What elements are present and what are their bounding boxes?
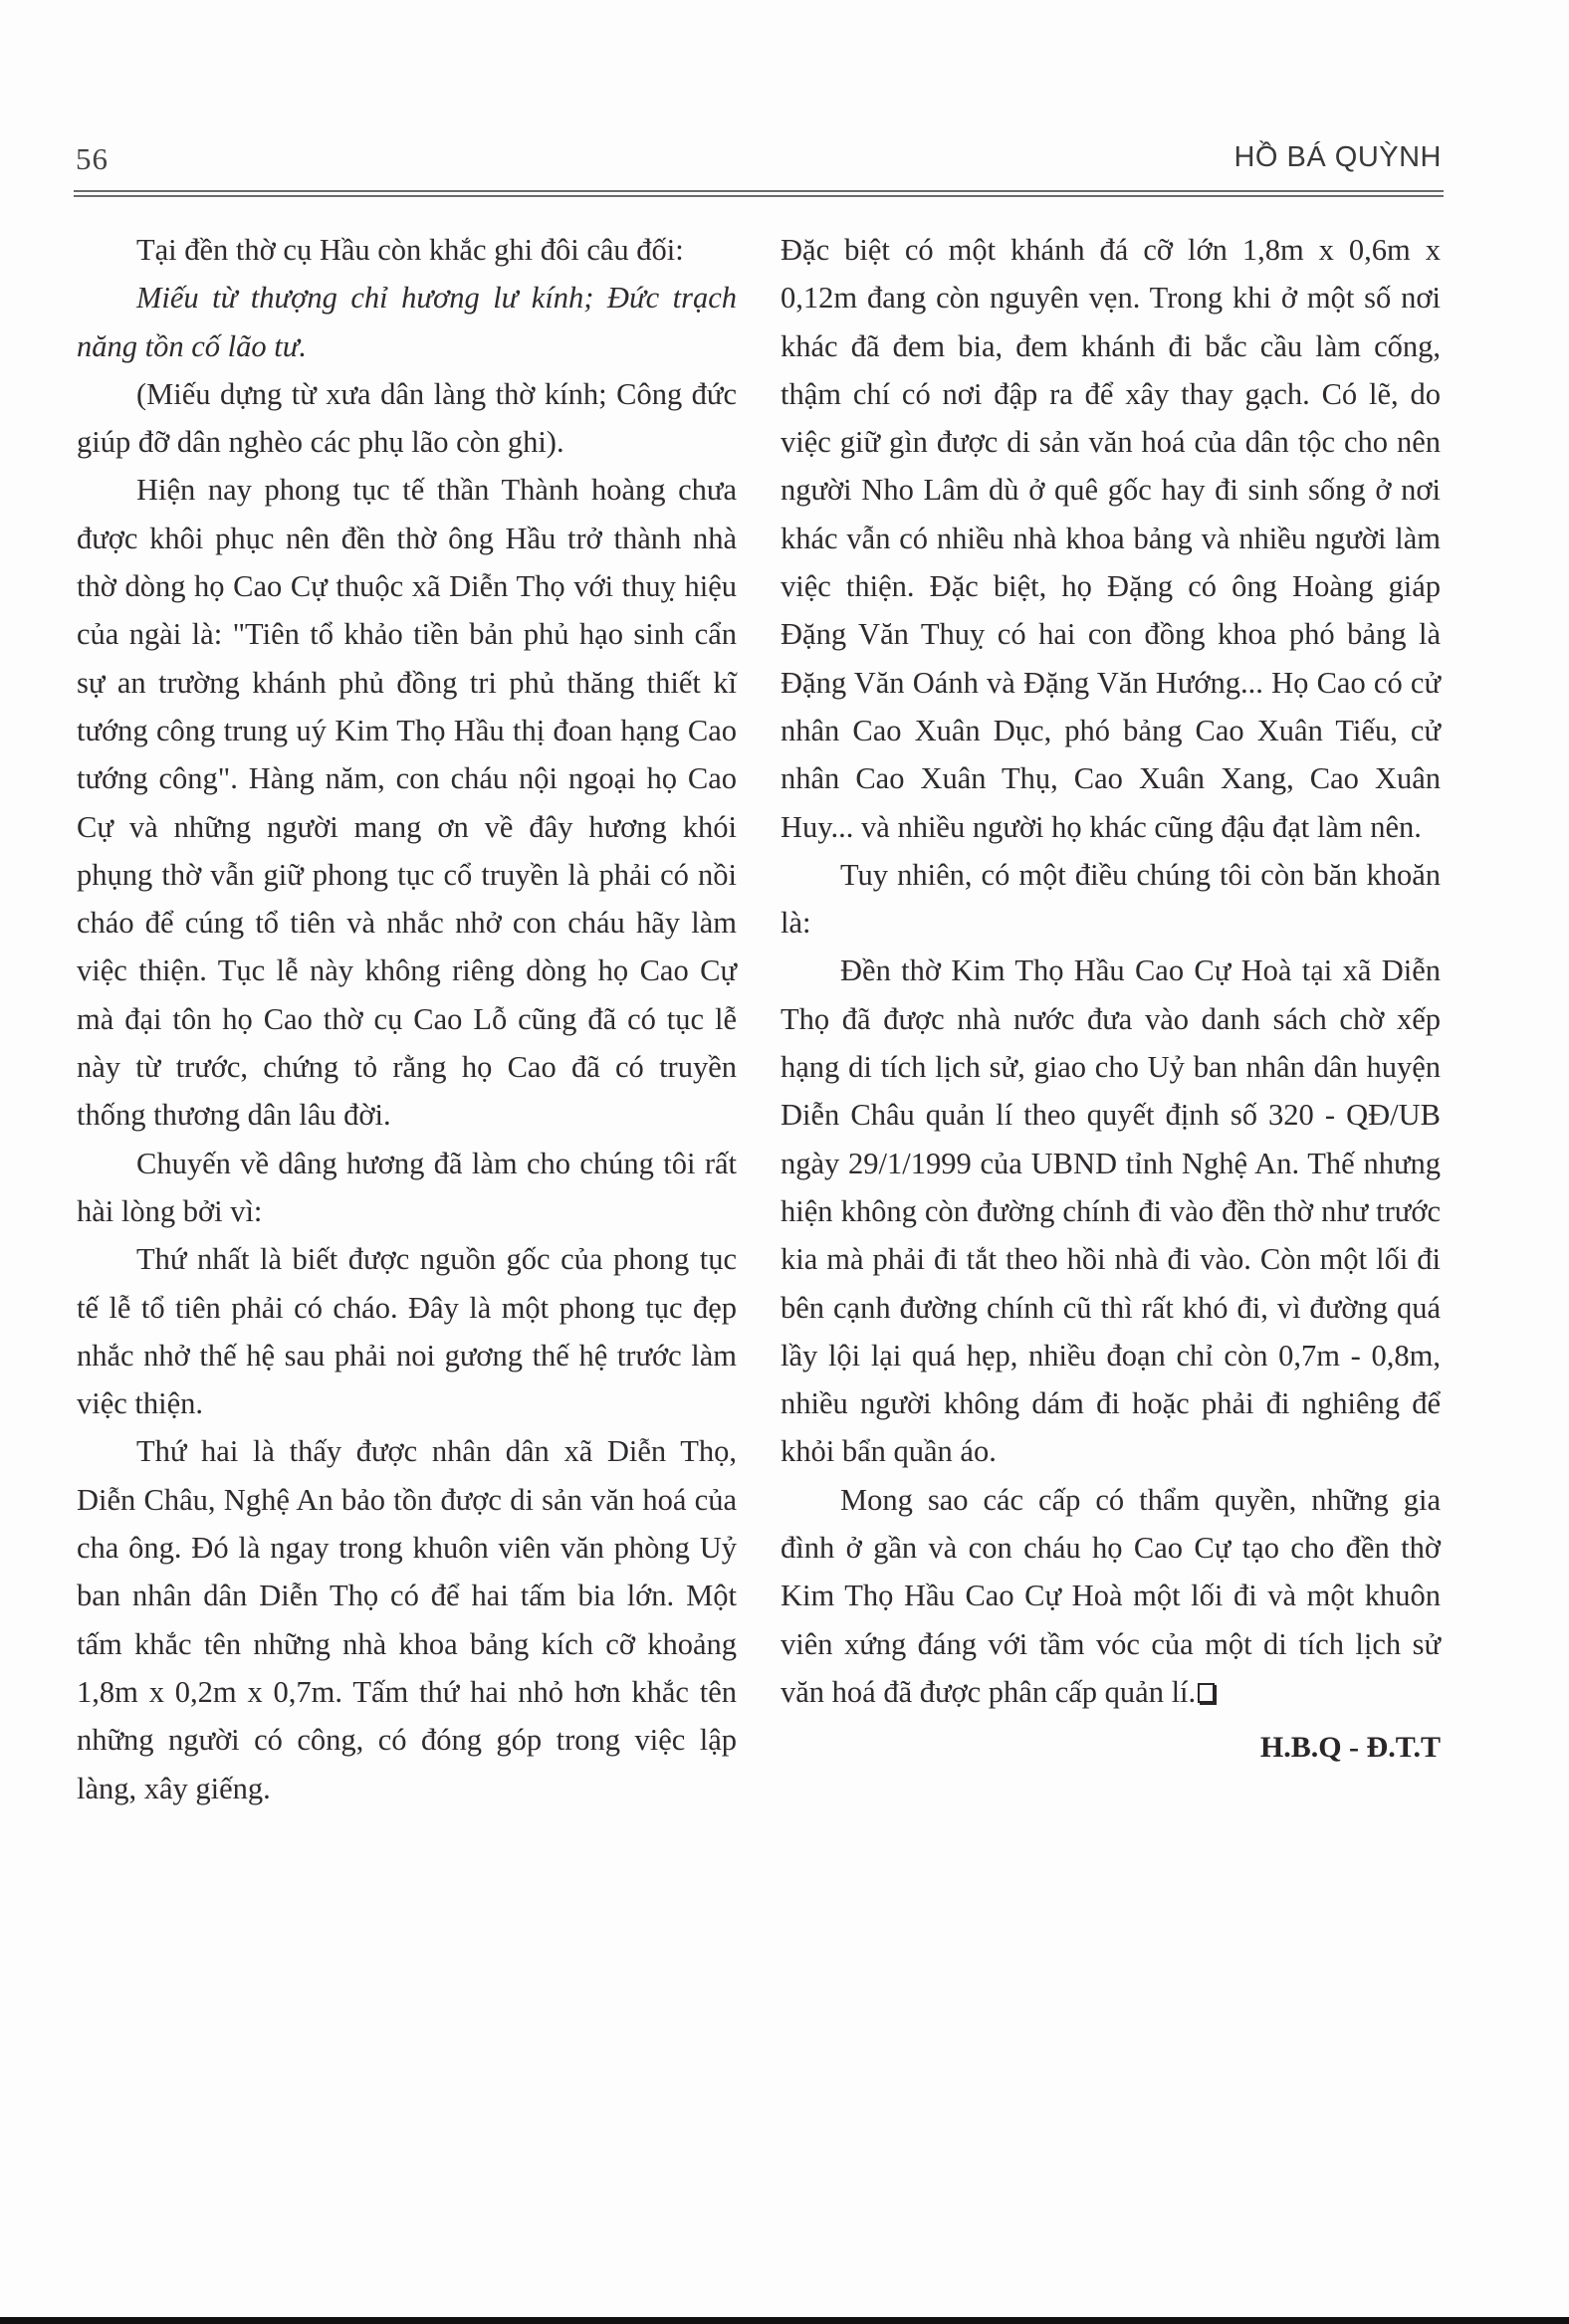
page-number: 56 xyxy=(76,141,109,177)
paragraph: Tại đền thờ cụ Hầu còn khắc ghi đôi câu … xyxy=(77,226,737,274)
couplet-italic: Miếu từ thượng chỉ hương lư kính; Đức tr… xyxy=(77,274,737,370)
paragraph: Tuy nhiên, có một điều chúng tôi còn băn… xyxy=(781,851,1441,948)
paragraph: Thứ nhất là biết được nguồn gốc của phon… xyxy=(77,1235,737,1427)
author-signature: H.B.Q - Đ.T.T xyxy=(781,1724,1441,1772)
scan-bottom-edge xyxy=(0,2317,1569,2324)
document-page: 56 HỒ BÁ QUỲNH Tại đền thờ cụ Hầu còn kh… xyxy=(0,0,1569,2324)
end-of-article-box-icon xyxy=(1198,1683,1215,1703)
paragraph: Hiện nay phong tục tế thần Thành hoàng c… xyxy=(77,466,737,1139)
paragraph: Thứ hai là thấy được nhân dân xã Diễn Th… xyxy=(77,1427,737,1811)
left-column: Tại đền thờ cụ Hầu còn khắc ghi đôi câu … xyxy=(77,226,737,1812)
closing-paragraph: Mong sao các cấp có thẩm quyền, những gi… xyxy=(781,1476,1441,1716)
paragraph-continued: Đặc biệt có một khánh đá cỡ lớn 1,8m x 0… xyxy=(781,226,1441,851)
closing-paragraph-text: Mong sao các cấp có thẩm quyền, những gi… xyxy=(781,1483,1441,1709)
paragraph: Đền thờ Kim Thọ Hầu Cao Cự Hoà tại xã Di… xyxy=(781,947,1441,1475)
running-title-author: HỒ BÁ QUỲNH xyxy=(1233,141,1442,174)
paragraph: Chuyến về dâng hương đã làm cho chúng tô… xyxy=(77,1140,737,1236)
couplet-translation: (Miếu dựng từ xưa dân làng thờ kính; Côn… xyxy=(77,370,737,467)
running-header: 56 HỒ BÁ QUỲNH xyxy=(76,141,1442,181)
right-column: Đặc biệt có một khánh đá cỡ lớn 1,8m x 0… xyxy=(781,226,1441,1773)
header-double-rule xyxy=(74,190,1444,197)
